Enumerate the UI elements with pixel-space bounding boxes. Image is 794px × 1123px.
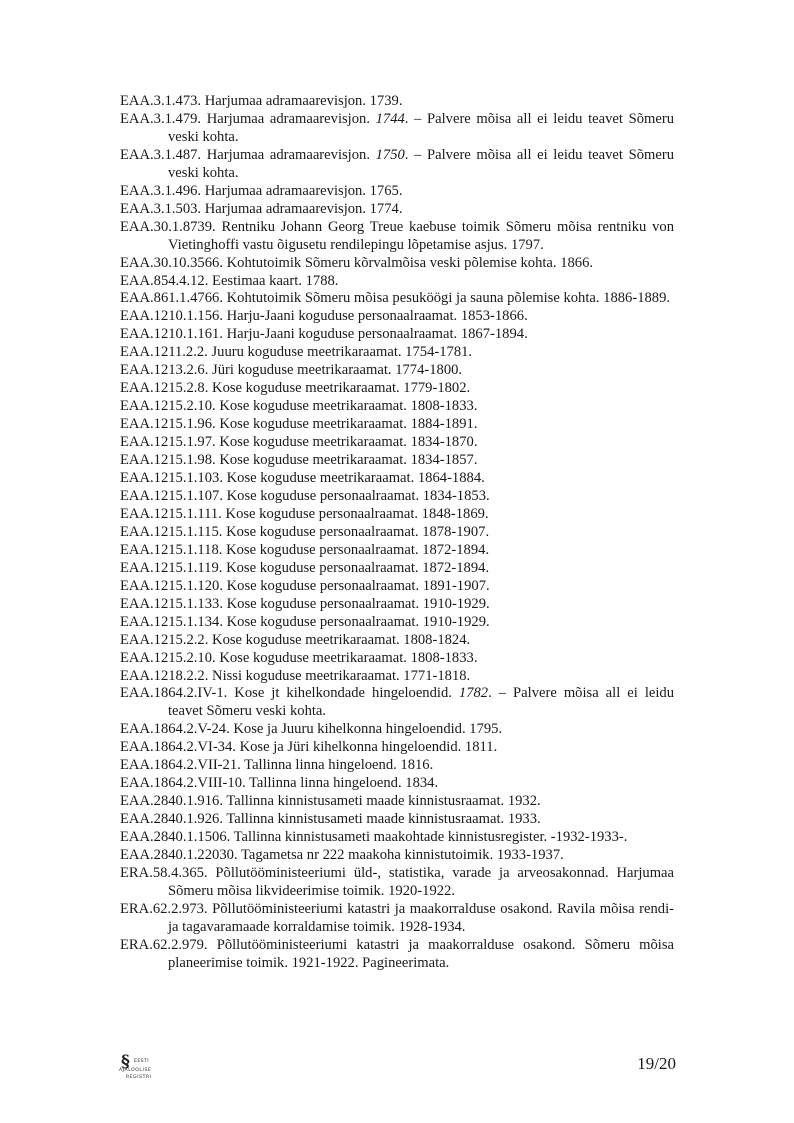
reference-year-italic: 1782 xyxy=(459,685,488,701)
reference-description: Harjumaa adramaarevisjon. 1739. xyxy=(201,93,402,109)
reference-description: Kose koguduse meetrikaraamat. 1884-1891. xyxy=(216,416,478,432)
reference-id: ERA.58.4.365. xyxy=(120,865,208,881)
reference-description: Juuru koguduse meetrikaraamat. 1754-1781… xyxy=(208,344,472,360)
reference-entry: EAA.1218.2.2. Nissi koguduse meetrikaraa… xyxy=(120,668,674,686)
reference-entry: EAA.1215.1.97. Kose koguduse meetrikaraa… xyxy=(120,434,674,452)
reference-entry: EAA.1215.1.111. Kose koguduse personaalr… xyxy=(120,506,674,524)
reference-entry: ERA.62.2.979. Põllutööministeeriumi kata… xyxy=(120,937,674,973)
reference-description: Kose koguduse meetrikaraamat. 1834-1870. xyxy=(216,434,478,450)
reference-description: Harju-Jaani koguduse personaalraamat. 18… xyxy=(223,308,528,324)
reference-description: Kohtutoimik Sõmeru mõisa pesuköögi ja sa… xyxy=(223,290,670,306)
reference-description: Jüri koguduse meetrikaraamat. 1774-1800. xyxy=(208,362,462,378)
reference-id: EAA.1215.2.8. xyxy=(120,380,208,396)
reference-id: EAA.1215.2.2. xyxy=(120,632,208,648)
reference-id: ERA.62.2.979. xyxy=(120,937,208,953)
reference-entry: EAA.1864.2.V-24. Kose ja Juuru kihelkonn… xyxy=(120,721,674,739)
reference-description: Tallinna linna hingeloend. 1834. xyxy=(246,775,438,791)
reference-entry: EAA.1215.1.120. Kose koguduse personaalr… xyxy=(120,578,674,596)
reference-id: EAA.861.1.4766. xyxy=(120,290,223,306)
reference-entry: EAA.3.1.473. Harjumaa adramaarevisjon. 1… xyxy=(120,93,674,111)
reference-entry: EAA.1215.2.10. Kose koguduse meetrikaraa… xyxy=(120,398,674,416)
reference-id: EAA.1215.2.10. xyxy=(120,398,216,414)
reference-description: Kose koguduse personaalraamat. 1834-1853… xyxy=(223,488,490,504)
reference-entry: EAA.1215.2.8. Kose koguduse meetrikaraam… xyxy=(120,380,674,398)
reference-description: Kohtutoimik Sõmeru kõrvalmõisa veski põl… xyxy=(223,255,593,271)
reference-id: EAA.1215.1.111. xyxy=(120,506,222,522)
reference-description: Harju-Jaani koguduse personaalraamat. 18… xyxy=(223,326,528,342)
reference-description: Harjumaa adramaarevisjon. xyxy=(201,111,376,127)
reference-entry: EAA.1864.2.IV-1. Kose jt kihelkondade hi… xyxy=(120,685,674,721)
reference-entry: EAA.1215.1.115. Kose koguduse personaalr… xyxy=(120,524,674,542)
reference-description: Kose jt kihelkondade hingeloendid. xyxy=(227,685,459,701)
reference-entry: EAA.1215.1.96. Kose koguduse meetrikaraa… xyxy=(120,416,674,434)
reference-description: Harjumaa adramaarevisjon. xyxy=(201,147,376,163)
reference-id: EAA.2840.1.1506. xyxy=(120,829,230,845)
reference-id: EAA.1210.1.161. xyxy=(120,326,223,342)
reference-entry: EAA.2840.1.926. Tallinna kinnistusameti … xyxy=(120,811,674,829)
logo-text-line-3: REGISTRI xyxy=(126,1075,152,1080)
reference-entry: EAA.3.1.496. Harjumaa adramaarevisjon. 1… xyxy=(120,183,674,201)
reference-id: EAA.1215.1.119. xyxy=(120,560,222,576)
reference-id: EAA.1864.2.VII-21. xyxy=(120,757,241,773)
reference-entry: EAA.1864.2.VIII-10. Tallinna linna hinge… xyxy=(120,775,674,793)
reference-id: ERA.62.2.973. xyxy=(120,901,208,917)
reference-year-italic: 1744 xyxy=(376,111,405,127)
reference-id: EAA.1215.1.120. xyxy=(120,578,223,594)
reference-id: EAA.1210.1.156. xyxy=(120,308,223,324)
reference-description: Kose koguduse personaalraamat. 1872-1894… xyxy=(222,542,489,558)
reference-entry: EAA.3.1.479. Harjumaa adramaarevisjon. 1… xyxy=(120,111,674,147)
reference-entry: EAA.3.1.487. Harjumaa adramaarevisjon. 1… xyxy=(120,147,674,183)
reference-id: EAA.3.1.496. xyxy=(120,183,201,199)
reference-description: Harjumaa adramaarevisjon. 1765. xyxy=(201,183,402,199)
reference-id: EAA.1215.1.98. xyxy=(120,452,216,468)
reference-entry: EAA.1215.1.107. Kose koguduse personaalr… xyxy=(120,488,674,506)
reference-id: EAA.1864.2.IV-1. xyxy=(120,685,227,701)
reference-id: EAA.2840.1.22030. xyxy=(120,847,238,863)
reference-id: EAA.1864.2.V-24. xyxy=(120,721,230,737)
reference-id: EAA.3.1.487. xyxy=(120,147,201,163)
reference-entry: EAA.1215.2.2. Kose koguduse meetrikaraam… xyxy=(120,632,674,650)
reference-description: Kose koguduse meetrikaraamat. 1779-1802. xyxy=(208,380,470,396)
logo-text-line-2: AJALOOLISE xyxy=(119,1068,151,1073)
reference-entry: EAA.2840.1.22030. Tagametsa nr 222 maako… xyxy=(120,847,674,865)
reference-id: EAA.1215.1.115. xyxy=(120,524,222,540)
reference-entry: EAA.1215.1.134. Kose koguduse personaalr… xyxy=(120,614,674,632)
reference-id: EAA.854.4.12. xyxy=(120,273,208,289)
reference-id: EAA.1864.2.VI-34. xyxy=(120,739,236,755)
reference-description: Kose ja Juuru kihelkonna hingeloendid. 1… xyxy=(230,721,502,737)
document-page: EAA.3.1.473. Harjumaa adramaarevisjon. 1… xyxy=(0,0,794,1123)
reference-description: Kose koguduse meetrikaraamat. 1864-1884. xyxy=(223,470,485,486)
reference-description: Kose koguduse personaalraamat. 1891-1907… xyxy=(223,578,490,594)
organization-logo: § EESTI AJALOOLISE REGISTRI xyxy=(117,1054,165,1084)
reference-description: Kose koguduse personaalraamat. 1878-1907… xyxy=(222,524,489,540)
reference-entry: EAA.1213.2.6. Jüri koguduse meetrikaraam… xyxy=(120,362,674,380)
reference-id: EAA.1215.2.10. xyxy=(120,650,216,666)
logo-text-line-1: EESTI xyxy=(134,1059,149,1064)
reference-description: Rentniku Johann Georg Treue kaebuse toim… xyxy=(168,219,674,253)
reference-entry: EAA.2840.1.916. Tallinna kinnistusameti … xyxy=(120,793,674,811)
reference-id: EAA.1215.1.118. xyxy=(120,542,222,558)
archival-references-list: EAA.3.1.473. Harjumaa adramaarevisjon. 1… xyxy=(120,93,674,973)
reference-entry: ERA.62.2.973. Põllutööministeeriumi kata… xyxy=(120,901,674,937)
reference-entry: EAA.1210.1.161. Harju-Jaani koguduse per… xyxy=(120,326,674,344)
reference-id: EAA.1864.2.VIII-10. xyxy=(120,775,246,791)
reference-year-italic: 1750 xyxy=(376,147,405,163)
reference-entry: EAA.1864.2.VII-21. Tallinna linna hingel… xyxy=(120,757,674,775)
reference-id: EAA.1215.1.103. xyxy=(120,470,223,486)
reference-description: Tallinna kinnistusameti maade kinnistusr… xyxy=(223,811,541,827)
reference-entry: EAA.1215.1.103. Kose koguduse meetrikara… xyxy=(120,470,674,488)
reference-id: EAA.1215.1.107. xyxy=(120,488,223,504)
reference-entry: EAA.854.4.12. Eestimaa kaart. 1788. xyxy=(120,273,674,291)
reference-description: Nissi koguduse meetrikaraamat. 1771-1818… xyxy=(208,668,470,684)
reference-id: EAA.1215.1.133. xyxy=(120,596,223,612)
reference-entry: ERA.58.4.365. Põllutööministeeriumi üld-… xyxy=(120,865,674,901)
reference-id: EAA.30.1.8739. xyxy=(120,219,216,235)
reference-entry: EAA.1215.1.118. Kose koguduse personaalr… xyxy=(120,542,674,560)
reference-id: EAA.2840.1.916. xyxy=(120,793,223,809)
reference-id: EAA.1218.2.2. xyxy=(120,668,208,684)
reference-entry: EAA.3.1.503. Harjumaa adramaarevisjon. 1… xyxy=(120,201,674,219)
reference-description: Tallinna kinnistusameti maade kinnistusr… xyxy=(223,793,541,809)
reference-description: Põllutööministeeriumi katastri ja maakor… xyxy=(168,937,674,971)
reference-description: Kose koguduse personaalraamat. 1848-1869… xyxy=(222,506,489,522)
reference-description: Kose koguduse personaalraamat. 1910-1929… xyxy=(223,614,490,630)
reference-description: Tallinna kinnistusameti maakohtade kinni… xyxy=(230,829,627,845)
reference-description: Kose koguduse personaalraamat. 1872-1894… xyxy=(222,560,489,576)
reference-entry: EAA.30.10.3566. Kohtutoimik Sõmeru kõrva… xyxy=(120,255,674,273)
reference-description: Põllutööministeeriumi üld-, statistika, … xyxy=(168,865,674,899)
reference-entry: EAA.1211.2.2. Juuru koguduse meetrikaraa… xyxy=(120,344,674,362)
reference-id: EAA.3.1.503. xyxy=(120,201,201,217)
reference-description: Kose koguduse meetrikaraamat. 1808-1833. xyxy=(216,650,478,666)
reference-entry: EAA.1215.2.10. Kose koguduse meetrikaraa… xyxy=(120,650,674,668)
reference-description: Kose ja Jüri kihelkonna hingeloendid. 18… xyxy=(236,739,497,755)
reference-entry: EAA.1210.1.156. Harju-Jaani koguduse per… xyxy=(120,308,674,326)
reference-id: EAA.30.10.3566. xyxy=(120,255,223,271)
reference-entry: EAA.861.1.4766. Kohtutoimik Sõmeru mõisa… xyxy=(120,290,674,308)
reference-description: Kose koguduse meetrikaraamat. 1808-1833. xyxy=(216,398,478,414)
reference-description: Põllutööministeeriumi katastri ja maakor… xyxy=(168,901,674,935)
reference-entry: EAA.2840.1.1506. Tallinna kinnistusameti… xyxy=(120,829,674,847)
reference-id: EAA.3.1.473. xyxy=(120,93,201,109)
reference-entry: EAA.1215.1.98. Kose koguduse meetrikaraa… xyxy=(120,452,674,470)
reference-entry: EAA.30.1.8739. Rentniku Johann Georg Tre… xyxy=(120,219,674,255)
reference-id: EAA.1215.1.96. xyxy=(120,416,216,432)
reference-id: EAA.2840.1.926. xyxy=(120,811,223,827)
reference-id: EAA.1213.2.6. xyxy=(120,362,208,378)
reference-entry: EAA.1215.1.133. Kose koguduse personaalr… xyxy=(120,596,674,614)
reference-description: Kose koguduse meetrikaraamat. 1834-1857. xyxy=(216,452,478,468)
reference-description: Tagametsa nr 222 maakoha kinnistutoimik.… xyxy=(238,847,564,863)
reference-description: Tallinna linna hingeloend. 1816. xyxy=(241,757,433,773)
reference-id: EAA.3.1.479. xyxy=(120,111,201,127)
reference-description: Eestimaa kaart. 1788. xyxy=(208,273,338,289)
reference-description: Kose koguduse personaalraamat. 1910-1929… xyxy=(223,596,490,612)
reference-description: Kose koguduse meetrikaraamat. 1808-1824. xyxy=(208,632,470,648)
reference-entry: EAA.1864.2.VI-34. Kose ja Jüri kihelkonn… xyxy=(120,739,674,757)
page-number: 19/20 xyxy=(630,1054,676,1074)
reference-id: EAA.1215.1.97. xyxy=(120,434,216,450)
reference-entry: EAA.1215.1.119. Kose koguduse personaalr… xyxy=(120,560,674,578)
reference-id: EAA.1211.2.2. xyxy=(120,344,208,360)
reference-description: Harjumaa adramaarevisjon. 1774. xyxy=(201,201,402,217)
reference-id: EAA.1215.1.134. xyxy=(120,614,223,630)
